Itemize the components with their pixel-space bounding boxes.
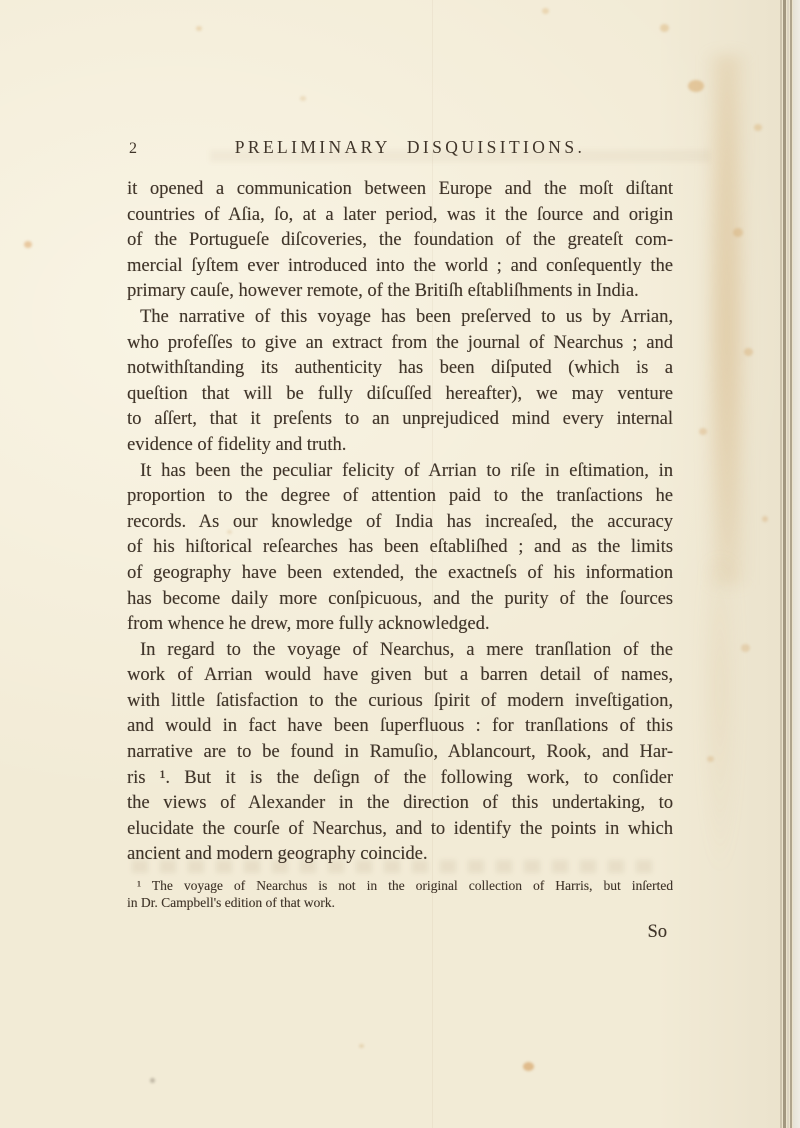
foxing-spot [707, 756, 714, 762]
text-line: of the Portugueſe diſcoveries, the found… [127, 228, 673, 254]
text-line: the views of Alexander in the direction … [127, 791, 673, 817]
text-line: from whence he drew, more fully acknowle… [127, 612, 673, 638]
foxing-spot [733, 228, 743, 237]
text-line: ancient and modern geography coincide. [127, 842, 673, 868]
footnote: ¹ The voyage of Nearchus is not in the o… [127, 877, 673, 911]
text-line: queſtion that will be fully diſcuſſed he… [127, 382, 673, 408]
paragraph: it opened a communication between Europe… [127, 177, 673, 305]
foxing-spot [741, 644, 750, 652]
foxing-spot [24, 241, 32, 248]
text-line: who profeſſes to give an extract from th… [127, 331, 673, 357]
footnote-line: ¹ The voyage of Nearchus is not in the o… [127, 877, 673, 894]
book-page: 2 PRELIMINARY DISQUISITIONS. it opened a… [0, 0, 800, 1128]
text-line: countries of Aſia, ſo, at a later period… [127, 203, 673, 229]
text-line: to aſſert, that it preſents to an unprej… [127, 407, 673, 433]
text-line: of geography have been extended, the exa… [127, 561, 673, 587]
text-line: evidence of fidelity and truth. [127, 433, 673, 459]
fore-edge-line [780, 0, 782, 1128]
running-title: PRELIMINARY DISQUISITIONS. [137, 137, 683, 158]
foxing-spot [699, 428, 707, 435]
text-line: In regard to the voyage of Nearchus, a m… [127, 638, 673, 664]
fore-edge-line [783, 0, 786, 1128]
text-line: records. As our knowledge of India has i… [127, 510, 673, 536]
text-line: primary cauſe, however remote, of the Br… [127, 279, 673, 305]
foxing-spot [542, 8, 549, 14]
fore-edge-line [790, 0, 792, 1128]
page-number: 2 [129, 140, 137, 158]
paragraph: In regard to the voyage of Nearchus, a m… [127, 638, 673, 868]
text-line: notwithſtanding its authenticity has bee… [127, 356, 673, 382]
catchword: So [127, 922, 673, 943]
fore-edge-line [793, 0, 800, 1128]
text-line: ris ¹. But it is the deſign of the follo… [127, 766, 673, 792]
paragraph: The narrative of this voyage has been pr… [127, 305, 673, 459]
text-line: mercial ſyſtem ever introduced into the … [127, 254, 673, 280]
text-line: work of Arrian would have given but a ba… [127, 663, 673, 689]
text-line: It has been the peculiar felicity of Arr… [127, 459, 673, 485]
fore-edge-line [787, 0, 789, 1128]
text-line: proportion to the degree of attention pa… [127, 484, 673, 510]
running-header: 2 PRELIMINARY DISQUISITIONS. [127, 137, 673, 159]
paragraph: It has been the peculiar felicity of Arr… [127, 459, 673, 638]
text-line: has become daily more conſpicuous, and t… [127, 587, 673, 613]
page-fore-edge [778, 0, 800, 1128]
text-line: The narrative of this voyage has been pr… [127, 305, 673, 331]
text-line: it opened a communication between Europe… [127, 177, 673, 203]
foxing-spot [754, 124, 762, 131]
foxing-spot [744, 348, 753, 356]
foxing-spot [196, 26, 202, 31]
tan-streak [700, 560, 740, 880]
text-line: elucidate the courſe of Nearchus, and to… [127, 817, 673, 843]
tan-streak [705, 55, 749, 585]
foxing-spot [762, 516, 768, 522]
foxing-spot [660, 24, 669, 32]
text-block: it opened a communication between Europe… [127, 177, 673, 868]
foxing-spot [300, 96, 306, 101]
text-line: narrative are to be found in Ramuſio, Ab… [127, 740, 673, 766]
foxing-spot [359, 1044, 364, 1048]
text-line: with little ſatisfaction to the curious … [127, 689, 673, 715]
foxing-spot [688, 80, 704, 92]
foxing-spot [150, 1078, 155, 1083]
footnote-line: in Dr. Campbell's edition of that work. [127, 894, 673, 911]
text-line: and would in fact have been ſuperfluous … [127, 714, 673, 740]
foxing-spot [523, 1062, 534, 1071]
text-line: of his hiſtorical reſearches has been eſ… [127, 535, 673, 561]
